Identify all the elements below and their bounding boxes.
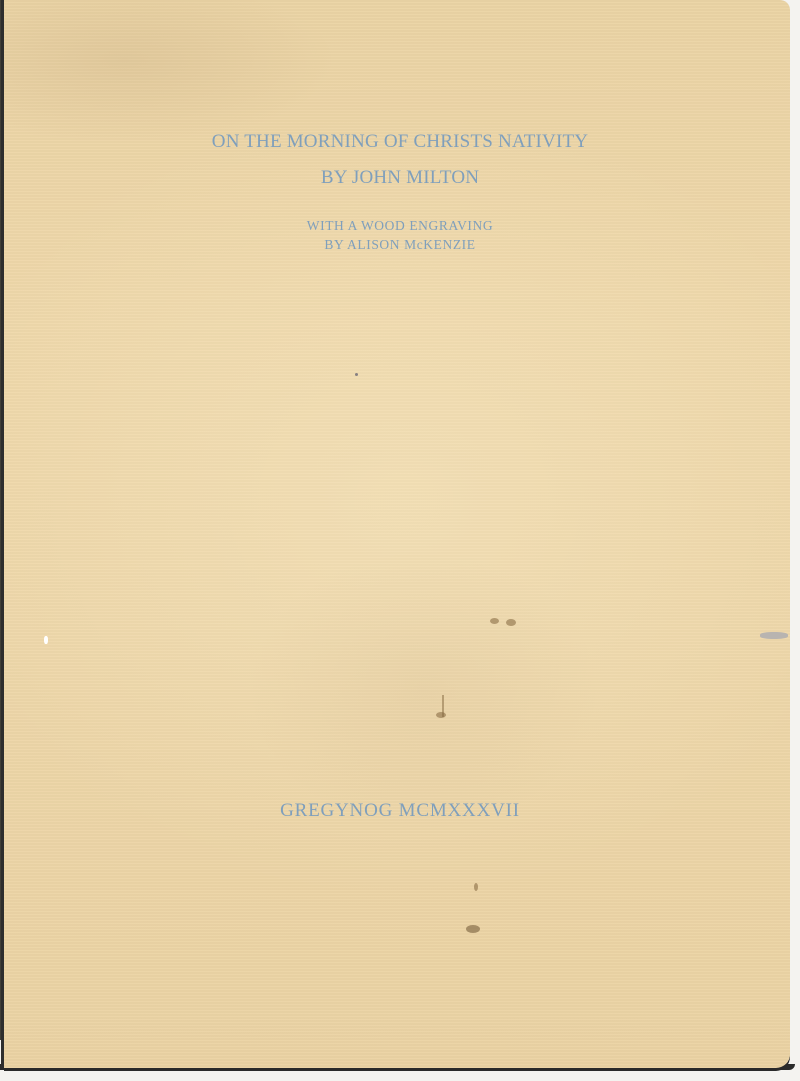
publisher-imprint: GREGYNOG MCMXXXVII <box>0 800 800 822</box>
stain-mark <box>490 618 499 624</box>
author-line: BY JOHN MILTON <box>0 160 800 196</box>
stain-mark <box>474 883 478 891</box>
engraving-line: WITH A WOOD ENGRAVING <box>0 216 800 235</box>
title-line: ON THE MORNING OF CHRISTS NATIVITY <box>0 124 800 160</box>
stain-mark <box>355 373 358 376</box>
cover-title: ON THE MORNING OF CHRISTS NATIVITY BY JO… <box>0 124 800 196</box>
edge-tear <box>760 632 788 639</box>
stain-mark <box>466 925 480 933</box>
scanned-page: ON THE MORNING OF CHRISTS NATIVITY BY JO… <box>0 0 800 1081</box>
stain-mark <box>506 619 516 626</box>
edge-tear <box>44 636 48 644</box>
stain-mark <box>436 712 446 718</box>
cover-subtitle: WITH A WOOD ENGRAVING BY ALISON McKENZIE <box>0 216 800 254</box>
engraver-line: BY ALISON McKENZIE <box>0 235 800 254</box>
